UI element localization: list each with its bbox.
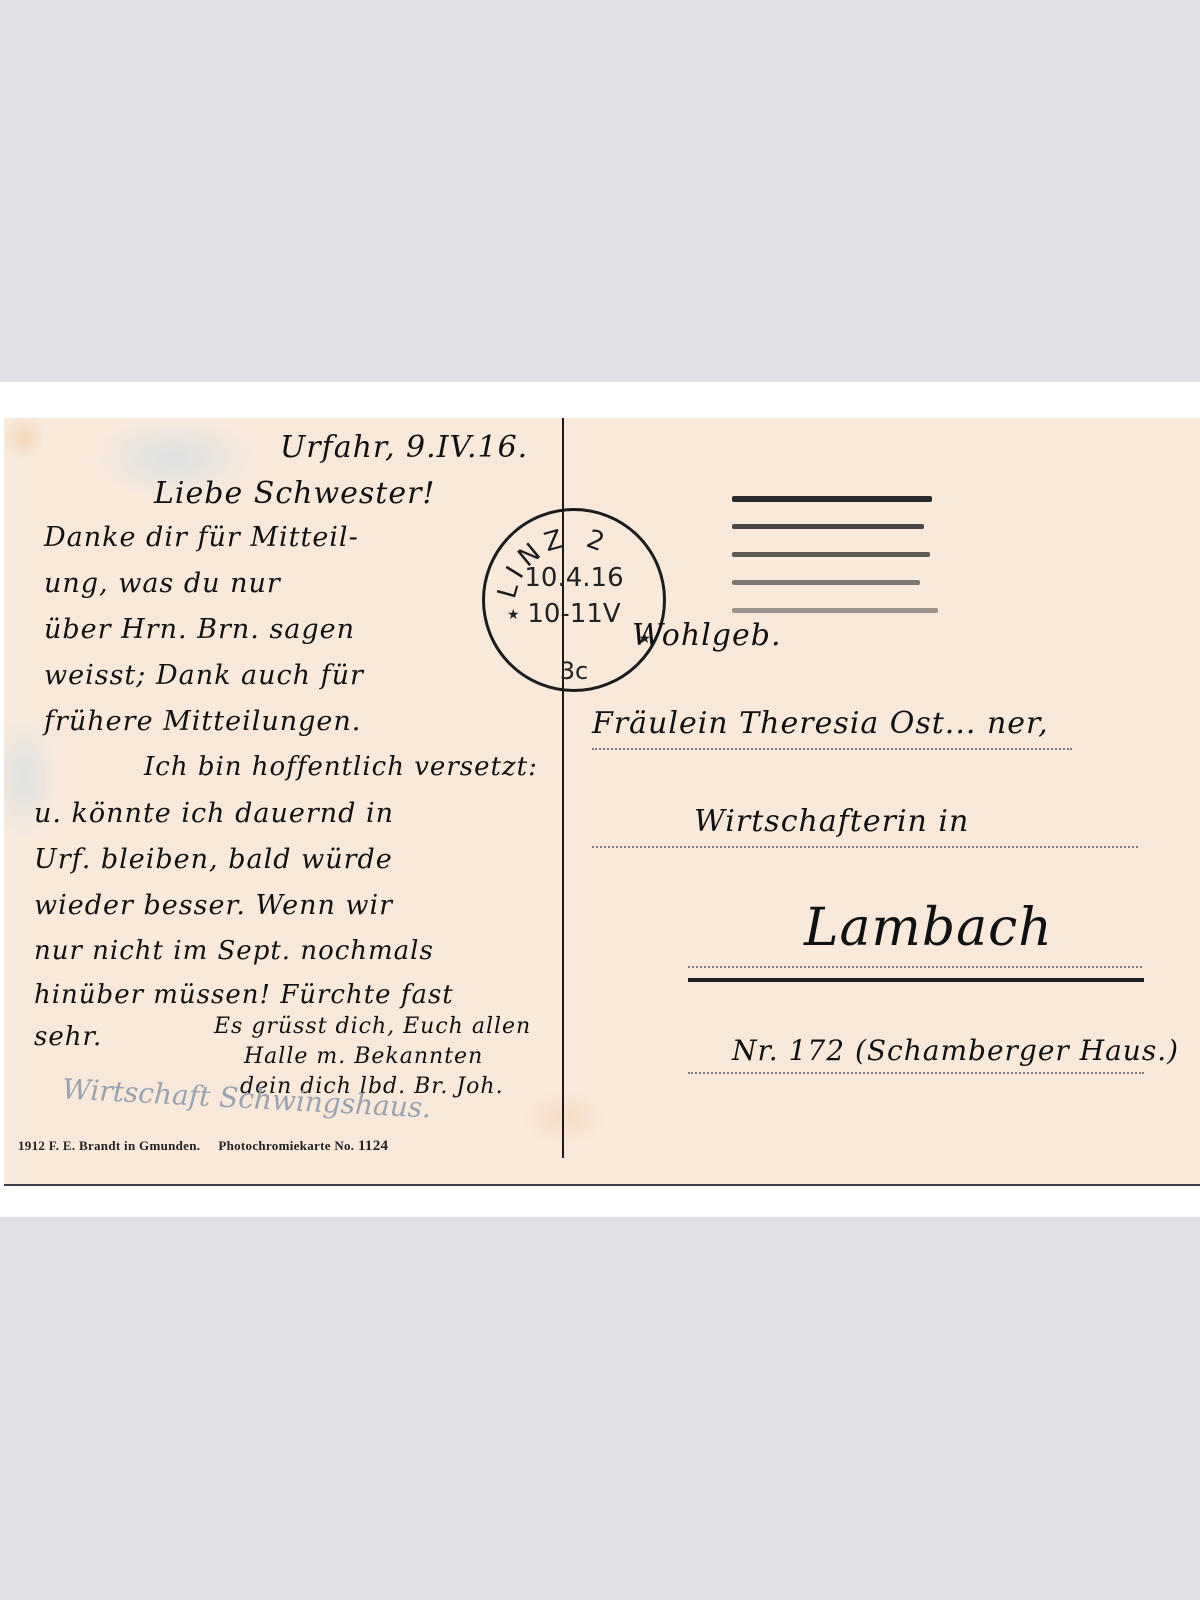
address-recipient: Fräulein Theresia Ost... ner, xyxy=(592,706,1049,741)
cancellation-bar xyxy=(732,608,938,613)
cancellation-bar xyxy=(732,524,924,529)
postcard: Urfahr, 9.IV.16. Liebe Schwester! Danke … xyxy=(4,418,1200,1186)
address-line xyxy=(592,846,1138,848)
address-line xyxy=(592,748,1072,750)
message-line: ung, was du nur xyxy=(44,568,281,599)
publisher-imprint: 1912 F. E. Brandt in Gmunden.Photochromi… xyxy=(18,1138,388,1155)
message-line: Es grüsst dich, Euch allen xyxy=(214,1014,531,1039)
postmark-date: 10.4.16 xyxy=(485,563,663,593)
address-honorific: Wohlgeb. xyxy=(632,618,781,653)
address-line xyxy=(688,966,1142,968)
series-label: Photochromiekarte No. xyxy=(218,1138,354,1153)
star-icon: ★ xyxy=(507,607,520,623)
cancellation-bar xyxy=(732,580,920,585)
publisher-name: 1912 F. E. Brandt in Gmunden. xyxy=(18,1138,200,1153)
cancellation-bar xyxy=(732,552,930,557)
message-line: sehr. xyxy=(34,1022,102,1052)
message-line: über Hrn. Brn. sagen xyxy=(44,614,355,645)
salutation: Liebe Schwester! xyxy=(154,476,435,511)
place-date: Urfahr, 9.IV.16. xyxy=(280,430,528,465)
message-line: hinüber müssen! Fürchte fast xyxy=(34,980,454,1010)
address-line xyxy=(688,1072,1144,1074)
address-street: Nr. 172 (Schamberger Haus.) xyxy=(732,1034,1179,1067)
message-line: Urf. bleiben, bald würde xyxy=(34,844,393,875)
cancellation-bar xyxy=(732,496,932,502)
message-line: Halle m. Bekannten xyxy=(244,1044,483,1069)
card-number: 1124 xyxy=(358,1138,388,1154)
message-line: frühere Mitteilungen. xyxy=(44,706,361,737)
address-city: Lambach xyxy=(804,898,1053,958)
postmark-stamp: LINZ 2 10.4.16 10-11V ★ ★ 3c xyxy=(482,508,666,692)
message-line: weisst; Dank auch für xyxy=(44,660,364,691)
message-line: Ich bin hoffentlich versetzt: xyxy=(144,752,538,782)
message-line: u. könnte ich dauernd in xyxy=(34,798,394,829)
city-underline xyxy=(688,978,1144,982)
message-line: nur nicht im Sept. nochmals xyxy=(34,936,434,966)
message-line: Danke dir für Mitteil- xyxy=(44,522,359,553)
postmark-code: 3c xyxy=(485,657,663,685)
address-occupation: Wirtschafterin in xyxy=(694,804,969,839)
message-line: wieder besser. Wenn wir xyxy=(34,890,393,921)
